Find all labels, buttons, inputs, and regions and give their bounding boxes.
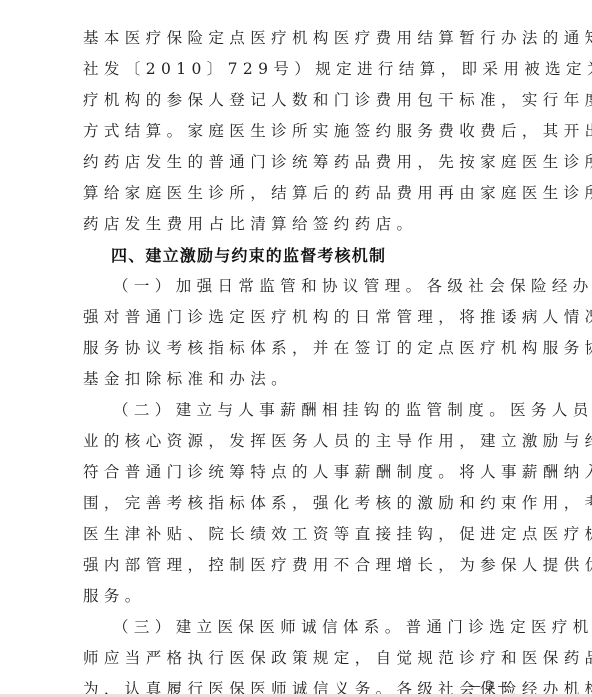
body-line: 业的核心资源，发挥医务人员的主导作用，建立激励与约束并存、 bbox=[83, 426, 515, 457]
body-line: 基本医疗保险定点医疗机构医疗费用结算暂行办法的通知》（江人 bbox=[83, 23, 515, 54]
page-number: — 3 — bbox=[468, 679, 511, 695]
body-line: 基金扣除标准和办法。 bbox=[83, 364, 515, 395]
body-line: 服务。 bbox=[83, 581, 515, 612]
document-body: 基本医疗保险定点医疗机构医疗费用结算暂行办法的通知》（江人 社发〔2010〕72… bbox=[83, 23, 515, 697]
body-line: 约药店发生的普通门诊统筹药品费用，先按家庭医生诊所为单位结 bbox=[83, 147, 515, 178]
body-line: 强对普通门诊选定医疗机构的日常管理，将推诿病人情况纳入定点 bbox=[83, 302, 515, 333]
body-line: 疗机构的参保人登记人数和门诊费用包干标准，实行年度定额包干 bbox=[83, 85, 515, 116]
subsection-first-line: （一）加强日常监管和协议管理。各级社会保险经办机构应加 bbox=[83, 271, 515, 302]
body-line: 医生津补贴、院长绩效工资等直接挂钩，促进定点医疗机构主动加 bbox=[83, 519, 515, 550]
body-line: 围，完善考核指标体系，强化考核的激励和约束作用，考核结果与 bbox=[83, 488, 515, 519]
body-line: 社发〔2010〕729号）规定进行结算，即采用被选定为门诊定点医 bbox=[83, 54, 515, 85]
body-line: 算给家庭医生诊所，结算后的药品费用再由家庭医生诊所按各签约 bbox=[83, 178, 515, 209]
body-line: 药店发生费用占比清算给签约药店。 bbox=[83, 209, 515, 240]
subsection-first-line: （三）建立医保医师诚信体系。普通门诊选定医疗机构医保医 bbox=[83, 612, 515, 643]
subsection-first-line: （二）建立与人事薪酬相挂钩的监管制度。医务人员是医疗行 bbox=[83, 395, 515, 426]
body-line: 师应当严格执行医保政策规定，自觉规范诊疗和医保药品购销行 bbox=[83, 643, 515, 674]
body-line: 强内部管理，控制医疗费用不合理增长，为参保人提供优质的医疗 bbox=[83, 550, 515, 581]
document-page: 基本医疗保险定点医疗机构医疗费用结算暂行办法的通知》（江人 社发〔2010〕72… bbox=[0, 0, 592, 694]
section-heading: 四、建立激励与约束的监督考核机制 bbox=[83, 240, 515, 271]
body-line: 方式结算。家庭医生诊所实施签约服务费收费后，其开出处方在签 bbox=[83, 116, 515, 147]
body-line: 符合普通门诊统筹特点的人事薪酬制度。将人事薪酬纳入考核范 bbox=[83, 457, 515, 488]
body-line: 服务协议考核指标体系，并在签订的定点医疗机构服务协议中明确 bbox=[83, 333, 515, 364]
